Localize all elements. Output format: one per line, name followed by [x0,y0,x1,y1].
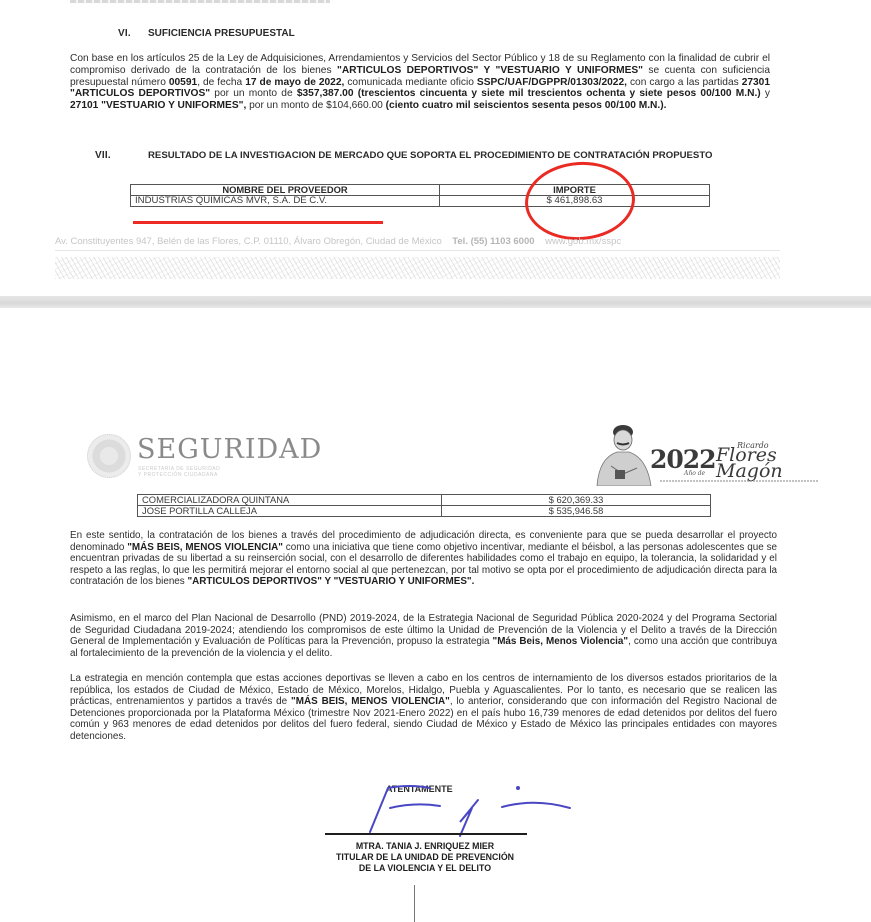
providers-table-continued: COMERCIALIZADORA QUINTANA $ 620,369.33 J… [137,494,711,517]
section-7-title: RESULTADO DE LA INVESTIGACION DE MERCADO… [148,150,712,161]
provider-amount: $ 535,946.58 [442,506,711,517]
logo-caption-line [660,480,818,482]
footer-decorative-pattern [55,257,780,279]
vertical-mark-line [414,885,415,922]
signer-block: MTRA. TANIA J. ENRIQUEZ MIER TITULAR DE … [300,841,550,874]
national-seal-icon [87,434,131,478]
section-7-number: VII. [95,150,111,161]
handwritten-signature-icon [360,780,640,850]
phone-text: Tel. (55) 1103 6000 [452,236,534,247]
website-text: www.gob.mx/sspc [545,236,621,247]
signer-name: MTRA. TANIA J. ENRIQUEZ MIER [300,841,550,852]
paragraph-adjudication: En este sentido, la contratación de los … [70,530,777,588]
red-circle-annotation [522,158,637,243]
address-text: Av. Constituyentes 947, Belén de las Flo… [55,236,442,247]
year-logo-subtitle: Año de [684,470,705,477]
section-6-number: VI. [118,28,131,39]
signature-line [325,833,527,835]
year-logo-text: 2022 [650,445,716,474]
section-6-paragraph: Con base en los artículos 25 de la Ley d… [70,53,770,112]
logo-subtitle-line-2: Y PROTECCIÓN CIUDADANA [138,472,220,478]
provider-name: INDUSTRIAS QUIMICAS MVR, S.A. DE C.V. [131,196,440,207]
signer-title-line-2: DE LA VIOLENCIA Y EL DELITO [300,863,550,874]
cutoff-text-line [70,0,330,3]
provider-name: COMERCIALIZADORA QUINTANA [138,495,442,506]
provider-amount: $ 620,369.33 [442,495,711,506]
seguridad-logo-subtitle: SECRETARÍA DE SEGURIDAD Y PROTECCIÓN CIU… [138,466,220,478]
footer-address: Av. Constituyentes 947, Belén de las Flo… [55,236,621,247]
column-header-provider: NOMBRE DEL PROVEEDOR [131,185,440,196]
provider-name: JOSE PORTILLA CALLEJA [138,506,442,517]
red-underline-annotation [133,221,383,224]
document-page-1: VI. SUFICIENCIA PRESUPUESTAL Con base en… [0,0,860,296]
signer-title-line-1: TITULAR DE LA UNIDAD DE PREVENCIÓN [300,852,550,863]
seguridad-logo: SEGURIDAD [137,434,322,465]
paragraph-strategy: La estrategia en mención contempla que e… [70,673,777,743]
page-separator [0,296,871,308]
footer-divider [55,250,780,251]
section-6-title: SUFICIENCIA PRESUPUESTAL [148,28,295,39]
table-row: COMERCIALIZADORA QUINTANA $ 620,369.33 [138,495,711,506]
table-row: JOSE PORTILLA CALLEJA $ 535,946.58 [138,506,711,517]
portrait-illustration-icon [587,418,659,486]
paragraph-national-plan: Asimismo, en el marco del Plan Nacional … [70,613,777,659]
logo-name-line-2: Magón [716,460,783,482]
